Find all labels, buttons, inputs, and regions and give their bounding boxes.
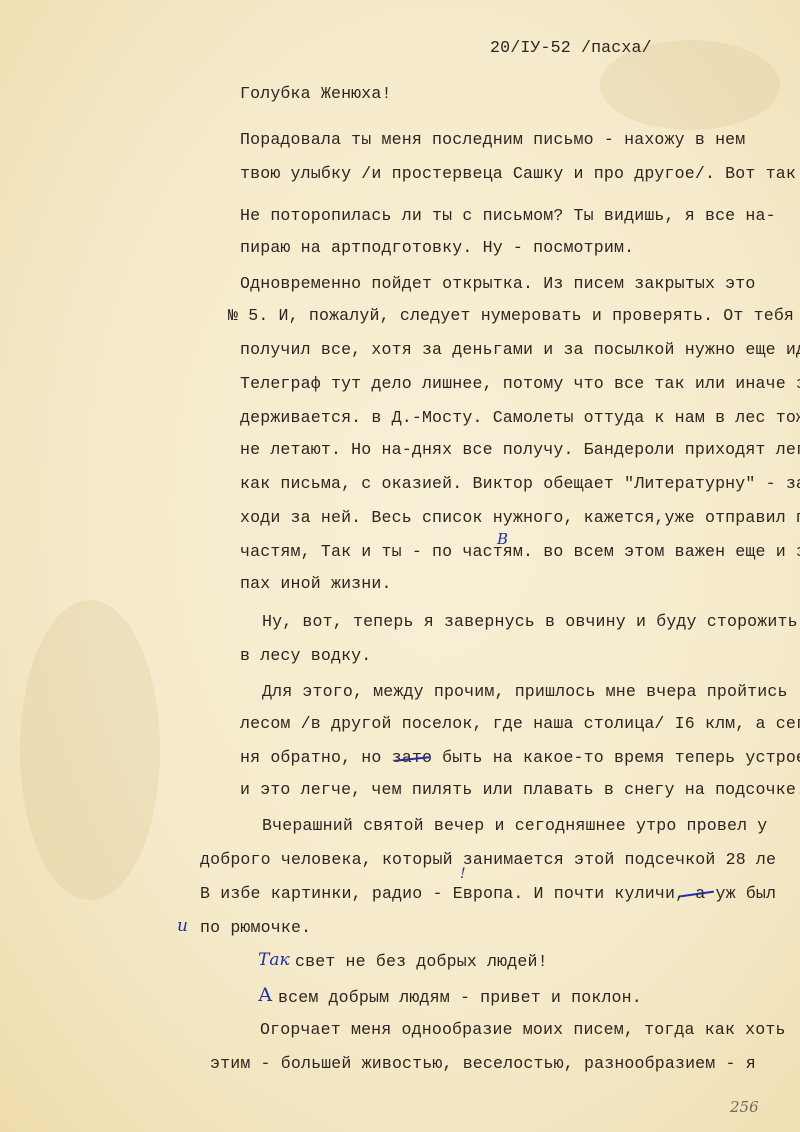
text-line: свет не без добрых людей! [295,952,548,972]
text-line: твою улыбку /и простервеца Сашку и про д… [240,164,800,184]
handwritten-a: А [258,984,272,1006]
text-line: Вчерашний святой вечер и сегодняшнее утр… [262,816,767,836]
text-line: ня обратно, но зато быть на какое-то вре… [240,748,800,768]
text-line: и это легче, чем пилять или плавать в сн… [240,780,800,800]
text-line: пираю на артподготовку. Ну - посмотрим. [240,238,634,258]
text-line: доброго человека, который занимается это… [200,850,776,870]
handwritten-correction-v: В [497,530,508,548]
text-line: не летают. Но на-днях все получу. Бандер… [240,440,800,460]
text-line: всем добрым людям - привет и поклон. [278,988,642,1008]
text-line: как письма, с оказией. Виктор обещает "Л… [240,474,800,494]
text-line: № 5. И, пожалуй, следует нумеровать и пр… [228,306,794,326]
text-line: Порадовала ты меня последним письмо - на… [240,130,745,150]
paper-stain [20,600,160,900]
text-line: держивается. в Д.-Мосту. Самолеты оттуда… [240,408,800,428]
salutation: Голубка Женюха! [240,84,392,104]
text-line: по рюмочке. [200,918,311,938]
text-line: получил все, хотя за деньгами и за посыл… [240,340,800,360]
text-line: Для этого, между прочим, пришлось мне вч… [262,682,788,702]
text-line: в лесу водку. [240,646,371,666]
text-line: лесом /в другой поселок, где наша столиц… [240,714,800,734]
text-line: Телеграф тут дело лишнее, потому что все… [240,374,800,394]
handwritten-tak: Так [258,950,290,970]
archive-page-number: 256 [730,1098,759,1116]
text-line: этим - большей живостью, веселостью, раз… [210,1054,756,1074]
handwritten-exclamation: ! [460,866,466,882]
text-line: Одновременно пойдет открытка. Из писем з… [240,274,756,294]
text-line: Ну, вот, теперь я завернусь в овчину и б… [262,612,798,632]
text-line: ходи за ней. Весь список нужного, кажетс… [240,508,800,528]
text-line: пах иной жизни. [240,574,392,594]
text-line: частям, Так и ты - по частям. во всем эт… [240,542,800,562]
text-line: Не поторопилась ли ты с письмом? Ты види… [240,206,776,226]
letter-page: 20/IУ-52 /пасха/ Голубка Женюха! Порадов… [0,0,800,1132]
handwritten-margin-i: и [177,916,188,936]
date-header: 20/IУ-52 /пасха/ [490,38,652,58]
text-line: Огорчает меня однообразие моих писем, то… [260,1020,786,1040]
